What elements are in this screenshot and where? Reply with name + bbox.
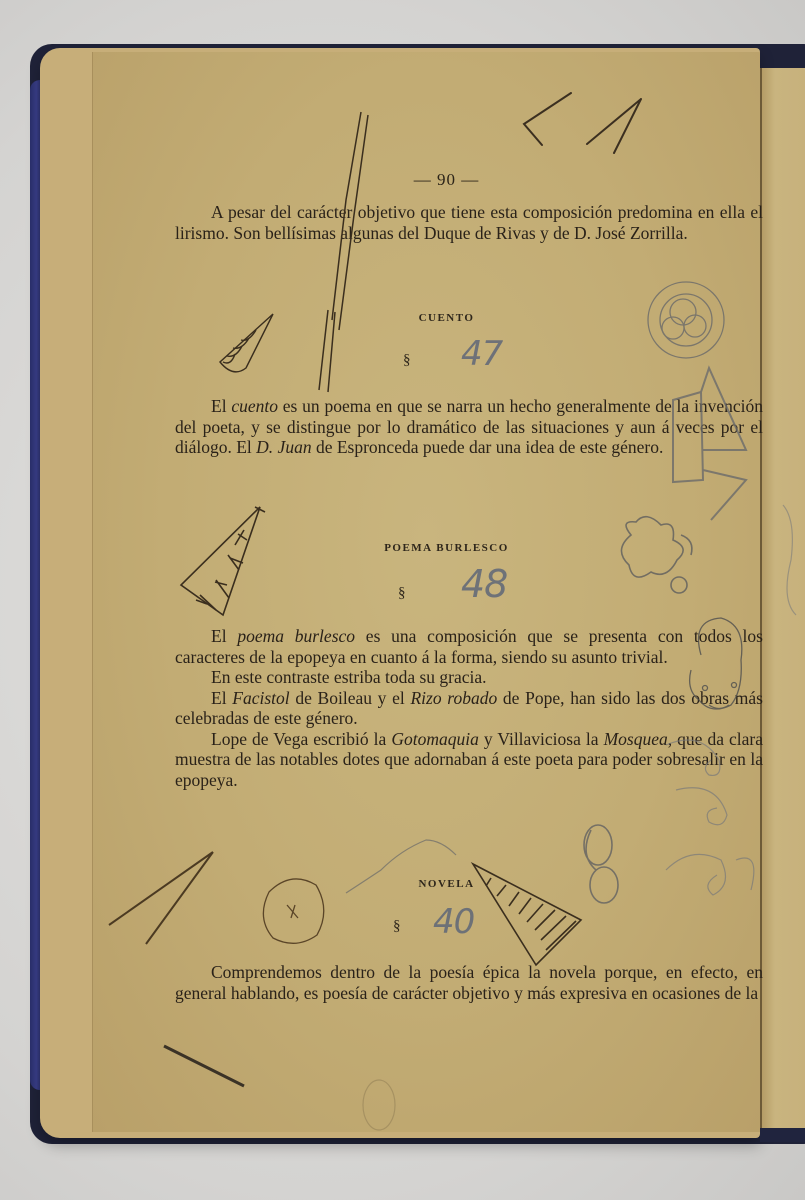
faint-oval-icon [363,1080,395,1130]
pencil-slash-icon [164,1046,244,1086]
vertical-pen-lines-icon [319,112,368,392]
cloud-doodle-icon [621,517,691,593]
face-doodle-icon [690,618,742,709]
spiral-doodles-icon [666,740,754,895]
flower-doodle-icon [648,282,724,358]
crossed-triangle-icon [181,507,265,615]
top-pencil-marks-icon [524,93,641,153]
margin-doodles [1,0,805,1200]
circle-with-cross-icon [263,879,323,943]
squiggle-doodle-icon [346,840,456,893]
book-page: — 90 — A pesar del carácter objetivo que… [92,52,760,1132]
striped-cone-icon [220,314,273,372]
facing-page-doodle-icon [783,505,796,615]
paper-boat-doodle-icon [673,368,746,520]
diagonal-pen-stroke-icon [109,852,213,944]
loop-8-doodle-icon [584,825,618,903]
hatched-cone-icon [473,864,581,965]
